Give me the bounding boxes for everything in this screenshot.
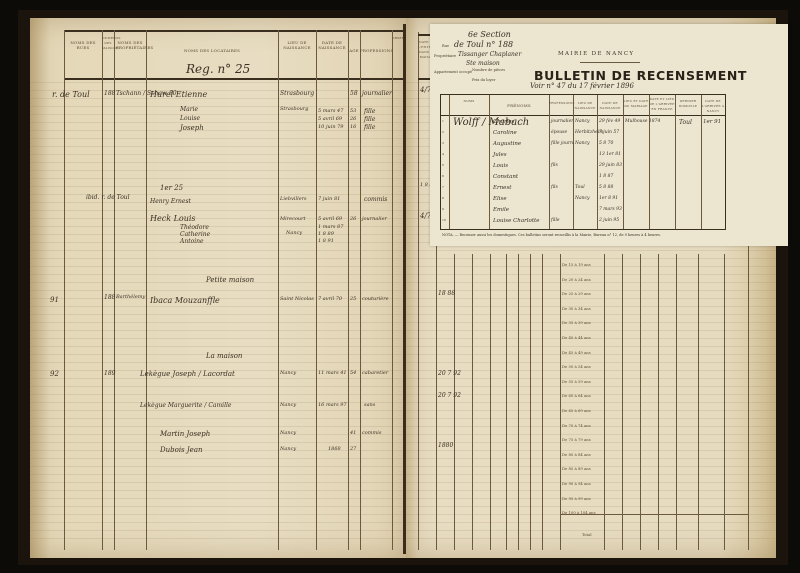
ledger-rule — [30, 538, 406, 539]
entry-tenant: Ibaca Mouzanffle — [150, 296, 220, 305]
bulletin-cell-date: 13 1er 81 — [599, 152, 621, 157]
ledger-rule — [30, 314, 406, 315]
age-group-label: De 30 à 34 ans — [562, 306, 591, 311]
entry-date: 10 juin 79 — [318, 124, 344, 130]
bulletin-cell-arrivee: 1er 91 — [703, 119, 721, 125]
ledger-rule — [406, 322, 776, 323]
ledger-rule — [406, 314, 776, 315]
ledger-rule — [30, 186, 406, 187]
bulletin-cell-prenom: Charles — [493, 119, 515, 125]
entry-birthplace: Strasbourg — [280, 106, 308, 112]
entry-tenant: Lekègue Marguerite / Camille — [140, 402, 231, 409]
header-lieu-de-naissance: Lieu de naissance — [280, 40, 314, 50]
bulletin-cell-date: 1er 8 91 — [599, 196, 618, 201]
col-lieu: Lieu de naissance — [573, 101, 597, 111]
ledger-rule — [30, 330, 406, 331]
bulletin-cell-prenom: Ernest — [493, 185, 511, 191]
bulletin-cell-n: 8 — [442, 196, 444, 200]
bulletin-cell-prenom: Constant — [493, 174, 518, 180]
bulletin-cell-date: 29 juin 83 — [599, 163, 622, 168]
entry-birthplace: Strasbourg — [280, 90, 314, 97]
entry-street: 92 — [50, 370, 59, 378]
family-name: Wolff / Mabach — [453, 117, 529, 128]
col-arrivee-france: Date et lieu de l'arrivée en France — [649, 97, 675, 112]
ledger-rule — [30, 258, 406, 259]
entry-date: 5 avril 69 — [318, 216, 342, 222]
rue-label: Rue — [442, 44, 449, 48]
entry-tenant: Lekègue Joseph / Lacordat — [140, 370, 235, 378]
bulletin-cell-n: 5 — [442, 163, 444, 167]
entry-profession: commis — [364, 196, 387, 203]
entry-number: 188 — [104, 294, 115, 301]
entry-date-value: 1880 — [438, 442, 453, 449]
age-group-label: De 85 à 89 ans — [562, 466, 591, 471]
ledger-rule — [406, 370, 776, 371]
ledger-rule — [30, 522, 406, 523]
bulletin-cell-date: 2 juin 95 — [599, 218, 619, 223]
entry-age: 16 — [350, 124, 356, 130]
ledger-rule — [406, 250, 776, 251]
ledger-rule — [30, 226, 406, 227]
bulletin-cell-n: 7 — [442, 185, 444, 189]
bulletin-cell-profession: épouse — [551, 130, 567, 135]
ledger-rule — [406, 498, 776, 499]
bulletin-cell-n: 9 — [442, 207, 444, 211]
entry-profession: journalier — [362, 216, 387, 222]
age-group-label: De 50 à 54 ans — [562, 364, 591, 369]
entry-age: 41 — [350, 430, 356, 436]
bulletin-cell-prenom: Jules — [493, 152, 507, 158]
ledger-rule — [406, 402, 776, 403]
entry-profession: fille — [364, 116, 375, 123]
entry-age: 54 — [350, 370, 356, 376]
age-group-label: De 15 à 19 ans — [562, 262, 591, 267]
ledger-rule — [30, 338, 406, 339]
ledger-rule — [30, 130, 406, 131]
age-group-label: De 60 à 64 ans — [562, 393, 591, 398]
bulletin-cell-date: 5 8 88 — [599, 185, 613, 190]
entry-profession: fille — [364, 108, 375, 115]
ledger-rule — [30, 250, 406, 251]
total-label: Total — [582, 532, 592, 537]
bulletin-cell-n: 10 — [442, 218, 446, 222]
ledger-rule — [406, 450, 776, 451]
col-arrivee-nancy: Date de l'arrivée à Nancy — [701, 99, 725, 114]
bulletin-cell-prenom: Emile — [493, 207, 509, 213]
entry-age: 25 — [350, 296, 356, 302]
entry-date: 1 8 91 — [318, 238, 334, 244]
col-mariage: Lieu et date du mariage — [623, 99, 649, 109]
ledger-rule — [406, 418, 776, 419]
bulletin-cell-profession: fille — [551, 218, 560, 223]
ledger-rule — [406, 354, 776, 355]
ledger-rule — [30, 442, 406, 443]
entry-note: 1er 25 — [160, 184, 183, 192]
ledger-rule — [30, 202, 406, 203]
ledger-rule — [30, 234, 406, 235]
age-group-label: De 20 à 24 ans — [562, 277, 591, 282]
bulletin-cell-n: 6 — [442, 174, 444, 178]
section-label: Petite maison — [206, 276, 254, 284]
proprietaire-label: Propriétaire — [434, 54, 456, 58]
entry-tenant: Antoine — [180, 238, 204, 245]
entry-tenant: Heck Louis — [150, 214, 196, 223]
age-group-label: De 95 à 99 ans — [562, 496, 591, 501]
age-group-label: De 90 à 94 ans — [562, 481, 591, 486]
header-numeros-des-maisons: Numéros des maisons — [102, 36, 114, 51]
entry-profession: journalier — [362, 90, 392, 97]
ledger-rule — [406, 506, 776, 507]
ledger-rule — [30, 362, 406, 363]
entry-tenant: Marie — [180, 106, 198, 113]
section-label: La maison — [206, 352, 242, 360]
bulletin-title: BULLETIN DE RECENSEMENT — [534, 68, 747, 83]
bulletin-cell-profession: fils — [551, 185, 558, 190]
entry-age: 58 — [350, 90, 358, 97]
bulletin-cell-n: 3 — [442, 141, 444, 145]
ledger-rule — [406, 338, 776, 339]
ledger-rule — [406, 538, 776, 539]
ledger-rule — [406, 394, 776, 395]
bulletin-cell-prenom: Louis — [493, 163, 508, 169]
ledger-rule — [406, 266, 776, 267]
ledger-rule — [30, 378, 406, 379]
ledger-rule — [406, 298, 776, 299]
bulletin-table: Noms Prénoms Professions Lieu de naissan… — [440, 94, 726, 230]
header-annotation: Reg. n° 25 — [186, 62, 250, 76]
age-group-label: De 25 à 29 ans — [562, 291, 591, 296]
bulletin-cell-date: 7 juin 57 — [599, 130, 619, 135]
age-group-label: De 40 à 44 ans — [562, 335, 591, 340]
ledger-rule — [406, 362, 776, 363]
ledger-rule — [406, 458, 776, 459]
entry-date: 11 mars 41 — [318, 370, 347, 376]
rue-value: de Toul n° 188 — [454, 40, 513, 49]
bulletin-cell-profession: journalier — [551, 119, 573, 124]
bulletin-cell-profession: fils — [551, 163, 558, 168]
entry-tenant: Louise — [180, 115, 200, 122]
entry-date: 1 8 89 — [318, 231, 334, 237]
ledger-rule — [30, 138, 406, 139]
bulletin-cell-domicile: Toul — [679, 119, 692, 126]
entry-street: r. de Toul — [52, 90, 90, 99]
age-group-label: De 75 à 79 ans — [562, 437, 591, 442]
mairie-heading: MAIRIE DE NANCY — [558, 51, 634, 57]
col-domicile: Dernier domicile — [675, 99, 701, 109]
ledger-rule — [406, 442, 776, 443]
ledger-rule — [30, 490, 406, 491]
entry-date: 16 mars 97 — [318, 402, 347, 408]
bulletin-cell-lieu: Nancy — [575, 141, 590, 146]
ledger-rule — [406, 290, 776, 291]
ledger-rule — [406, 466, 776, 467]
entry-birthplace: Nancy — [280, 430, 296, 436]
header-noms-des-rues: Noms des rues — [66, 40, 100, 50]
entry-date: 7 avril 70 — [318, 296, 342, 302]
ledger-rule — [30, 418, 406, 419]
proprietaire-value: Tissanger Chaplaner — [458, 51, 521, 58]
age-group-label: De 80 à 84 ans — [562, 452, 591, 457]
bulletin-cell-profession: fille journ. — [551, 141, 574, 146]
bulletin-cell-date: 29 fév 49 — [599, 119, 620, 124]
entry-tenant: Henry Ernest — [150, 198, 191, 205]
ledger-rule — [30, 178, 406, 179]
bulletin-cell-prenom: Elise — [493, 196, 507, 202]
bulletin-note: NOTA. — Recenser aussi les domestiques. … — [442, 233, 661, 237]
ledger-rule — [30, 210, 406, 211]
bulletin-section: 6e Section — [468, 30, 511, 39]
ledger-rule — [406, 306, 776, 307]
bulletin-cell-n: 1 — [442, 119, 444, 123]
bulletin-cell-lieu: Toul — [575, 185, 585, 190]
entry-profession: cabaretier — [362, 370, 388, 376]
entry-profession: fille — [364, 124, 375, 131]
bulletin-cell-prenom: Augustine — [493, 141, 521, 147]
bulletin-cell-lieu: Nancy — [575, 119, 590, 124]
ledger-rule — [406, 490, 776, 491]
ledger-rule — [406, 522, 776, 523]
bulletin-cell-lieu: Nancy — [575, 196, 590, 201]
entry-date: 1868 — [328, 446, 341, 452]
age-group-label: De 35 à 39 ans — [562, 320, 591, 325]
col-prenoms: Prénoms — [489, 103, 549, 108]
left-page: Noms des rues Numéros des maisons Noms d… — [30, 18, 406, 558]
ledger-rule — [30, 458, 406, 459]
ledger-rule — [30, 514, 406, 515]
ledger-rule — [30, 426, 406, 427]
col-date: Date de naissance — [597, 101, 623, 111]
ledger-rule — [30, 386, 406, 387]
entry-owner: Barthélemy — [116, 294, 145, 300]
ledger-rule — [406, 530, 776, 531]
bulletin-cell-n: 4 — [442, 152, 444, 156]
entry-date: 1 mars 87 — [318, 224, 343, 230]
ledger-rule — [406, 378, 776, 379]
ledger-rule — [406, 274, 776, 275]
ledger-rule — [406, 434, 776, 435]
ledger-rule — [30, 482, 406, 483]
entry-tenant: Joseph — [180, 124, 204, 132]
age-group-label: De 55 à 59 ans — [562, 379, 591, 384]
bulletin-cell-prenom: Louise Charlotte — [493, 218, 540, 224]
col-professions: Professions — [549, 101, 573, 106]
bulletin-cell-prenom: Caroline — [493, 130, 517, 136]
maison-value: Ste maison — [466, 60, 500, 67]
ledger-rule — [30, 306, 406, 307]
entry-birthplace: Nancy — [286, 230, 302, 236]
bulletin-cell-date: 1 8 87 — [599, 174, 613, 179]
ledger-rule — [30, 410, 406, 411]
ledger-rule — [406, 426, 776, 427]
ledger-rule — [30, 394, 406, 395]
ledger-rule — [406, 346, 776, 347]
ledger-rule — [30, 154, 406, 155]
ledger-rule — [30, 106, 406, 107]
header-date-de-naissance: Date de naissance — [318, 40, 346, 50]
appartement-label: Appartement occupé — [434, 70, 472, 74]
entry-date-value: 18 88 — [438, 290, 455, 297]
header-age: Age — [348, 48, 360, 53]
header-noms-des-locataires: Noms des locataires — [148, 48, 276, 53]
ledger-rule — [30, 242, 406, 243]
bulletin-annotation: Voir n° 47 du 17 février 1896 — [530, 82, 634, 90]
entry-age: 27 — [350, 446, 356, 452]
bulletin-cell-date: 5 8 70 — [599, 141, 613, 146]
ledger-rule — [406, 474, 776, 475]
ledger-rule — [30, 466, 406, 467]
entry-date: 5 mars 47 — [318, 108, 343, 114]
ledger-rule — [30, 498, 406, 499]
ledger-rule — [406, 482, 776, 483]
entry-birthplace: Nancy — [280, 446, 296, 452]
entry-number: 189 — [104, 370, 115, 377]
entry-profession: commis — [362, 430, 381, 436]
entry-date: 7 juin 81 — [318, 196, 340, 202]
ledger-rule — [30, 322, 406, 323]
entry-tenant: Théodore — [180, 224, 209, 231]
ledger-rule — [30, 146, 406, 147]
entry-date: 5 avril 69 — [318, 116, 342, 122]
ledger-rule — [30, 162, 406, 163]
header-professions: Professions — [360, 48, 392, 53]
entry-birthplace: Liebvillers — [280, 196, 307, 202]
ledger-rule — [406, 258, 776, 259]
entry-birthplace: Mirecourt — [280, 216, 306, 222]
age-group-label: De 100 à 104 ans — [562, 510, 596, 515]
age-group-label: De 65 à 69 ans — [562, 408, 591, 413]
ledger-rule — [30, 122, 406, 123]
entry-age: 26 — [350, 116, 356, 122]
census-bulletin: 6e Section Rue de Toul n° 188 Propriétai… — [430, 24, 788, 246]
ledger-rule — [30, 290, 406, 291]
entry-age: 53 — [350, 108, 356, 114]
ledger-rule — [30, 474, 406, 475]
pieces-label: Nombre de pièces — [472, 68, 505, 72]
ledger-rule — [406, 282, 776, 283]
ledger-rule — [406, 330, 776, 331]
entry-birthplace: Saint Nicolas — [280, 296, 314, 302]
bulletin-cell-mariage: Mulhouse 1874 — [625, 119, 660, 124]
loyer-label: Prix du loyer — [472, 78, 495, 82]
entry-number: 188 — [104, 90, 115, 97]
header-noms-des-proprietaires: Noms des propriétaires — [116, 40, 144, 50]
entry-tenant: Martin Joseph — [160, 430, 210, 438]
entry-tenant: Catherine — [180, 231, 210, 238]
ledger-rule — [30, 506, 406, 507]
entry-date-value: 20 7 92 — [438, 392, 461, 399]
ledger-rule — [30, 274, 406, 275]
entry-birthplace: Nancy — [280, 370, 296, 376]
age-group-label: De 70 à 74 ans — [562, 423, 591, 428]
entry-street: ibid. r. de Toul — [86, 194, 130, 201]
entry-tenant: Dubois Jean — [160, 446, 203, 454]
ledger-rule — [406, 410, 776, 411]
entry-street: 91 — [50, 296, 59, 304]
entry-age: 26 — [350, 216, 356, 222]
entry-birthplace: Nancy — [280, 402, 296, 408]
entry-profession: couturière — [362, 296, 389, 302]
col-noms: Noms — [449, 99, 489, 104]
bulletin-cell-date: 7 mars 93 — [599, 207, 622, 212]
ledger-rule — [30, 82, 406, 83]
ledger-rule — [406, 386, 776, 387]
ledger-rule — [30, 170, 406, 171]
entry-date-value: 20 7 92 — [438, 370, 461, 377]
ledger-rule — [30, 266, 406, 267]
bulletin-cell-n: 2 — [442, 130, 444, 134]
ledger-rule — [30, 530, 406, 531]
ledger-rule — [30, 346, 406, 347]
age-group-label: De 45 à 49 ans — [562, 350, 591, 355]
entry-tenant: Hurel Etienne — [150, 90, 207, 99]
ledger-rule — [30, 114, 406, 115]
entry-profession: sans — [364, 402, 375, 408]
